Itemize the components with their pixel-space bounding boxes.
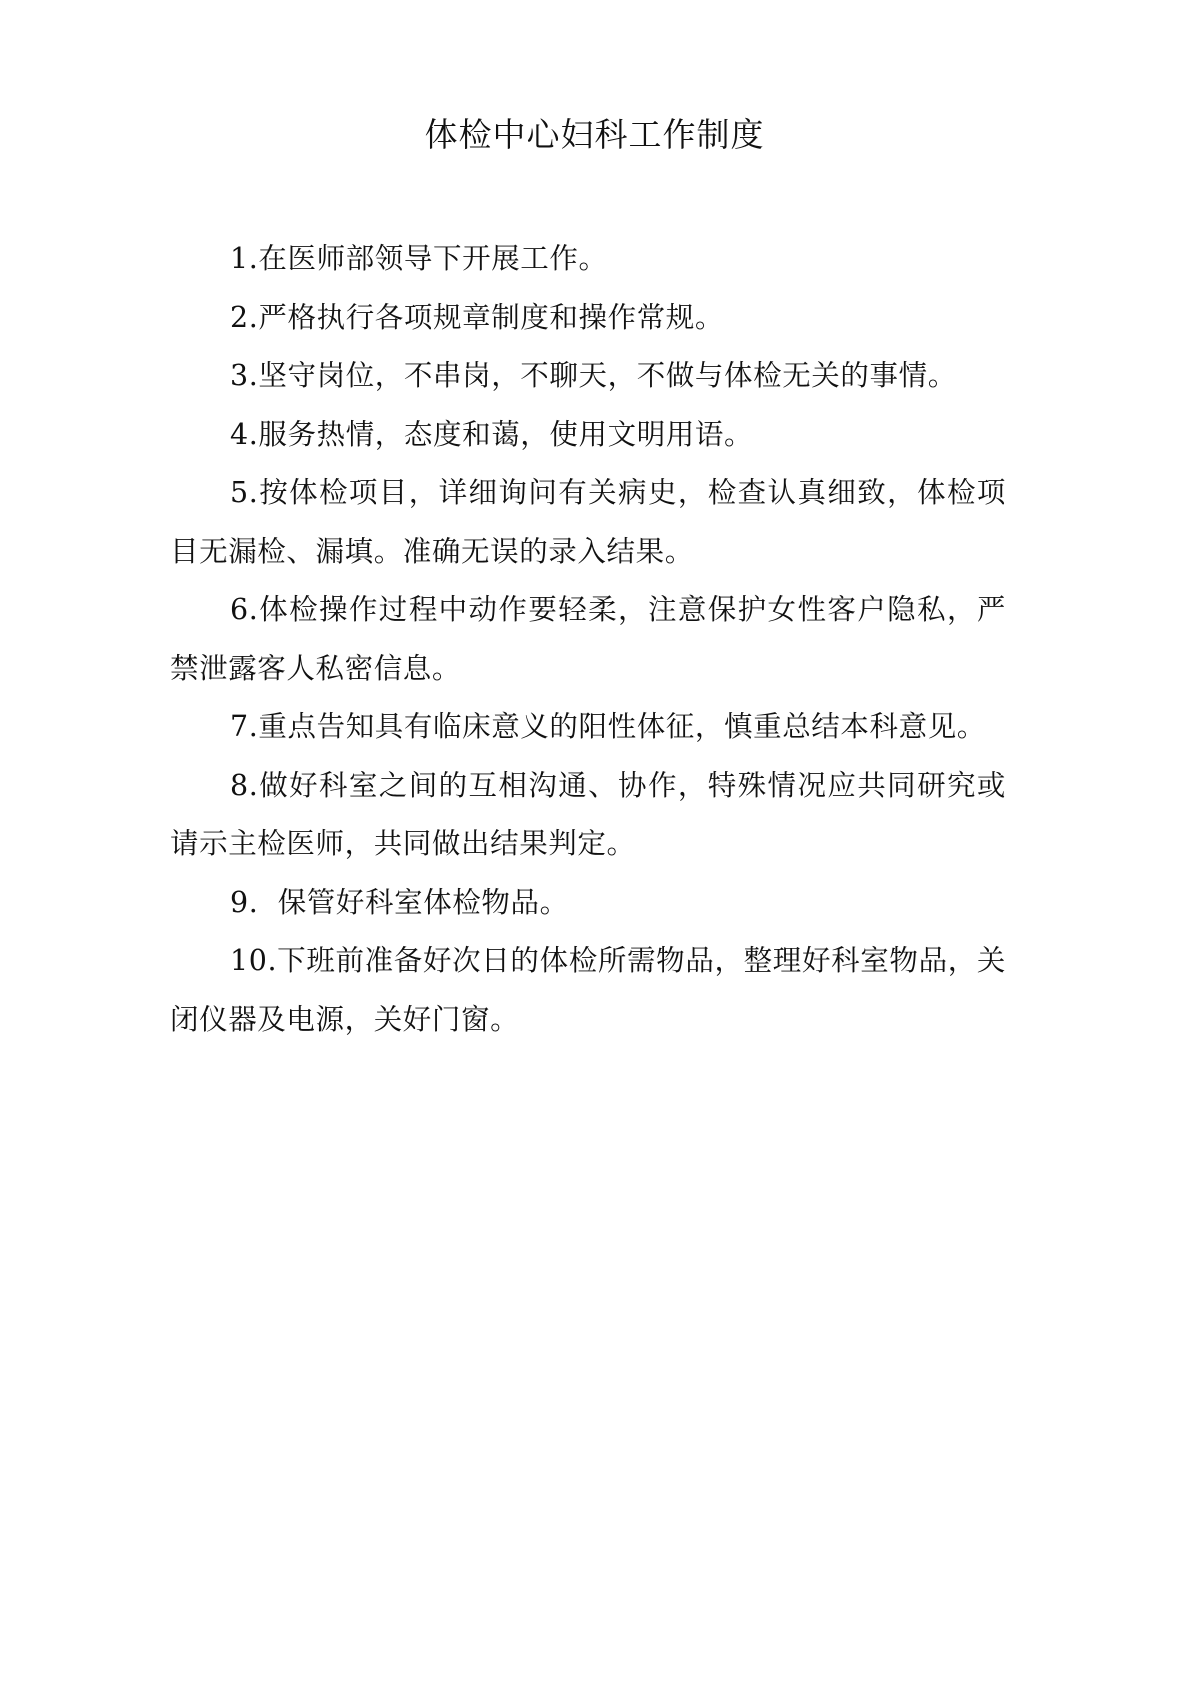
rule-item-6: 6.体检操作过程中动作要轻柔，注意保护女性客户隐私，严禁泄露客人私密信息。 <box>170 581 1006 698</box>
document-title: 体检中心妇科工作制度 <box>0 112 1189 158</box>
rule-item-7: 7.重点告知具有临床意义的阳性体征，慎重总结本科意见。 <box>170 698 1006 757</box>
rule-item-5: 5.按体检项目，详细询问有关病史，检查认真细致，体检项目无漏检、漏填。准确无误的… <box>170 464 1006 581</box>
rule-item-8: 8.做好科室之间的互相沟通、协作，特殊情况应共同研究或请示主检医师，共同做出结果… <box>170 757 1006 874</box>
rule-item-4: 4.服务热情，态度和蔼，使用文明用语。 <box>170 406 1006 465</box>
rule-item-2: 2.严格执行各项规章制度和操作常规。 <box>170 289 1006 348</box>
rule-item-10: 10.下班前准备好次日的体检所需物品，整理好科室物品，关闭仪器及电源，关好门窗。 <box>170 932 1006 1049</box>
rule-item-9: 9. 保管好科室体检物品。 <box>170 874 1006 933</box>
document-body: 1.在医师部领导下开展工作。 2.严格执行各项规章制度和操作常规。 3.坚守岗位… <box>170 230 1006 1049</box>
rule-item-1: 1.在医师部领导下开展工作。 <box>170 230 1006 289</box>
document-page: 体检中心妇科工作制度 1.在医师部领导下开展工作。 2.严格执行各项规章制度和操… <box>0 0 1189 1682</box>
rule-item-3: 3.坚守岗位，不串岗，不聊天，不做与体检无关的事情。 <box>170 347 1006 406</box>
